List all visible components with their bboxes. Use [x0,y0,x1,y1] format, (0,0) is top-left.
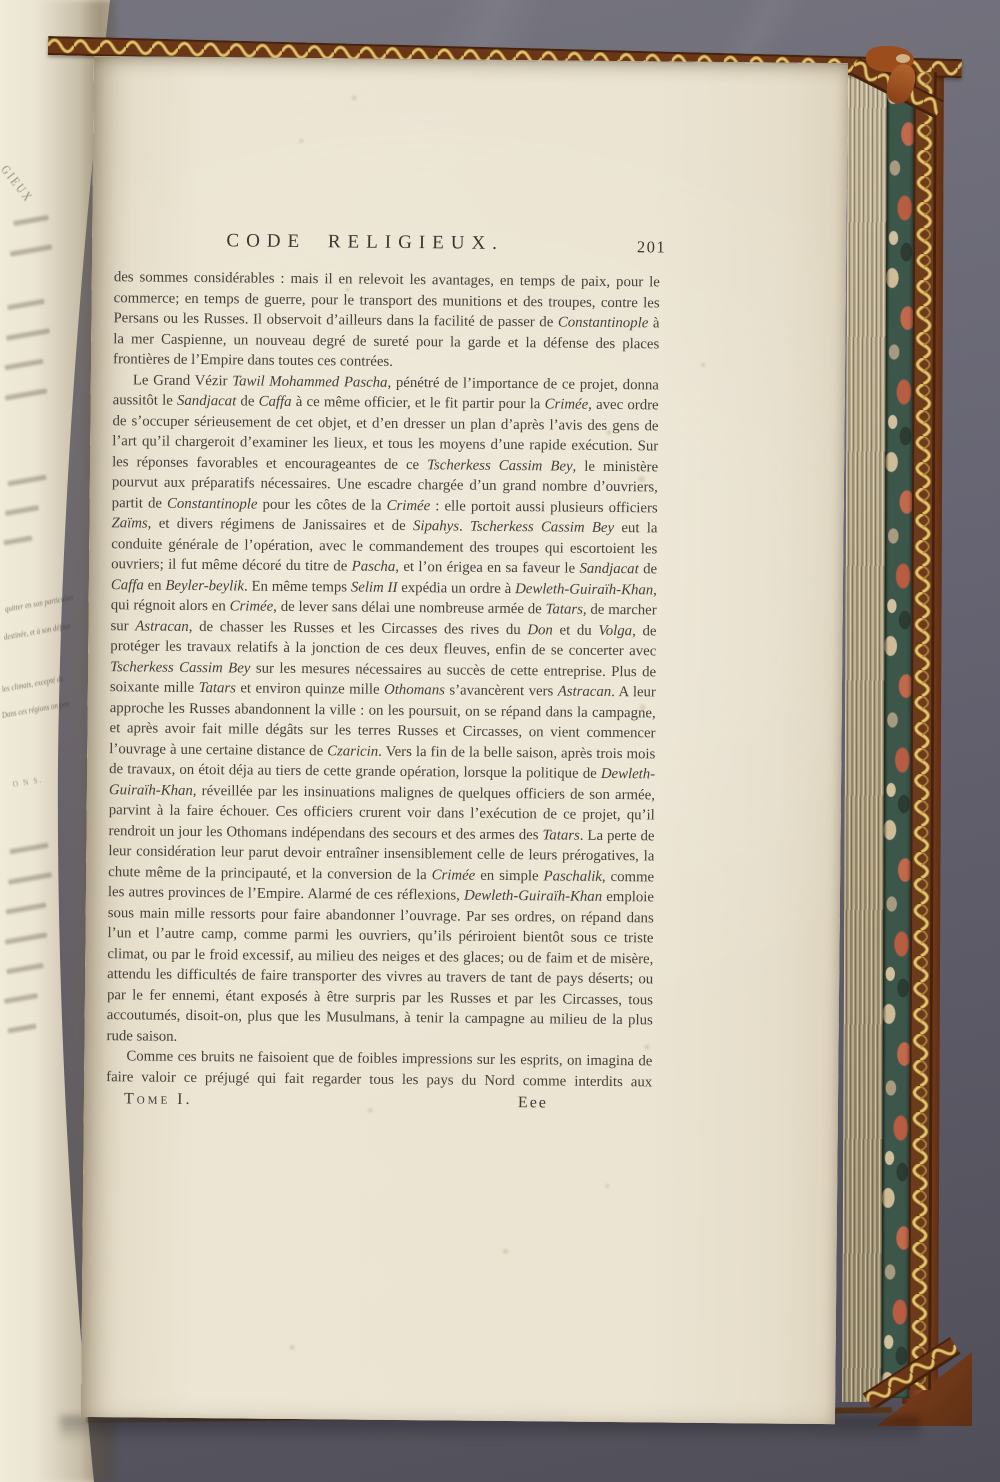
foxing-spot [290,1345,295,1350]
foxing-spot [605,1184,609,1188]
worn-leather-corner [896,54,910,63]
foxing-spot [352,95,357,100]
foxing-spot [503,1249,509,1254]
paragraph: Le Grand Vézir Tawil Mohammed Pascha, pé… [106,370,658,1052]
page-title: CODE RELIGIEUX. [114,229,616,256]
tome-label: Tome I. [124,1090,193,1109]
foxing-spot [701,363,705,367]
catchword: Eee [518,1094,548,1112]
recto-page: CODE RELIGIEUX. 201 des sommes considéra… [81,56,848,1424]
foxing-spot [299,139,303,143]
page-number: 201 [637,237,666,257]
photograph-of-open-book: GIEUX quitter en son particulier destiné… [0,0,1000,1482]
paragraph: Comme ces bruits ne faisoient que de foi… [106,1046,652,1092]
body-text: des sommes considérables : mais il en re… [106,267,660,1092]
page-footer: Tome I. Eee [106,1090,652,1121]
running-header: CODE RELIGIEUX. 201 [114,229,660,264]
printed-text-block: CODE RELIGIEUX. 201 des sommes considéra… [106,229,660,1121]
paragraph: des sommes considérables : mais il en re… [113,267,660,375]
